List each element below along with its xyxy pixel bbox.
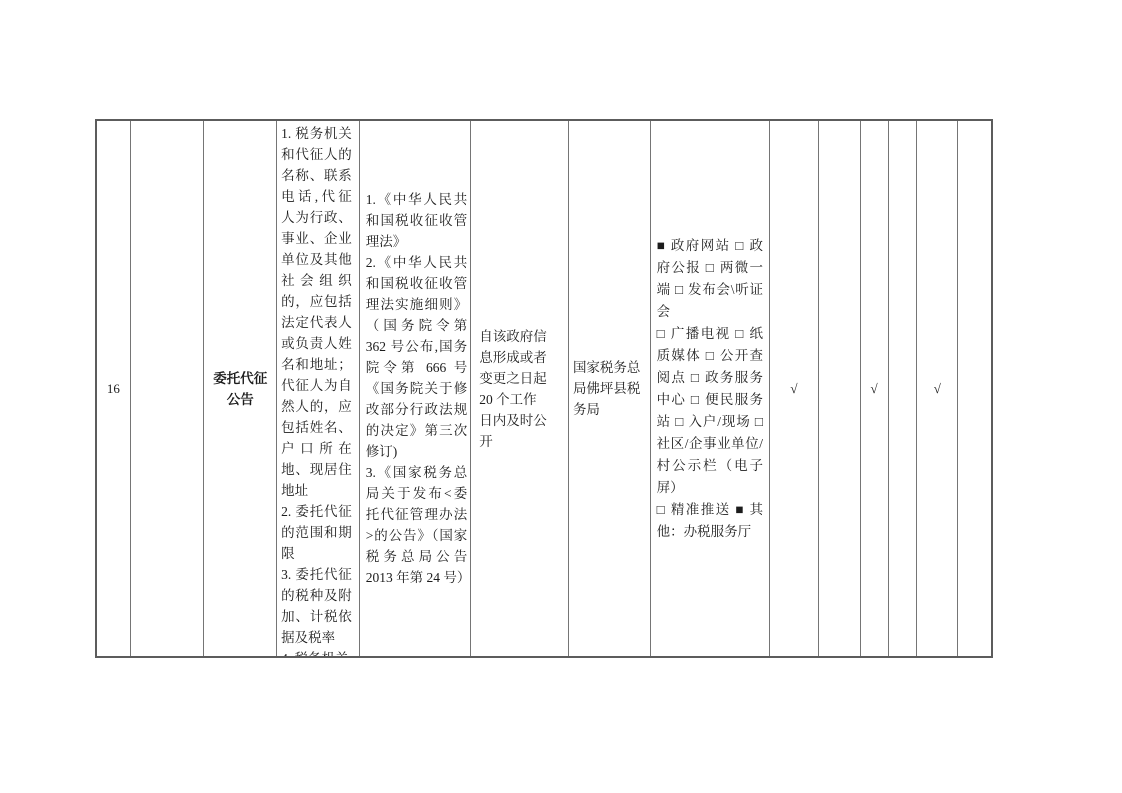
disclosure-channels-text: ■ 政府网站 □ 政府公报 □ 两微一端 □ 发布会\听证会 □ 广播电视 □ …: [657, 235, 763, 543]
checkmark-icon: √: [861, 378, 888, 399]
cell-legal-basis: 1.《中华人民共和国税收征收管理法》 2.《中华人民共和国税收征收管理法实施细则…: [359, 121, 471, 656]
cell-sequence-number: 16: [97, 121, 130, 656]
cell-mark-6: [957, 121, 991, 656]
cell-time-limit: 自该政府信息形成或者变更之日起 20 个工作日内及时公开: [470, 121, 568, 656]
checkmark-icon: √: [917, 378, 957, 399]
cell-disclosure-content: 1. 税务机关和代征人的名称、联系电话,代征人为行政、事业、企业单位及其他社会组…: [276, 121, 359, 656]
cell-mark-4: [888, 121, 917, 656]
cell-mark-5: √: [916, 121, 957, 656]
disclosure-content-text: 1. 税务机关和代征人的名称、联系电话,代征人为行政、事业、企业单位及其他社会组…: [281, 123, 352, 656]
responsible-agency-text: 国家税务总局佛坪县税务局: [573, 357, 642, 420]
legal-basis-text: 1.《中华人民共和国税收征收管理法》 2.《中华人民共和国税收征收管理法实施细则…: [366, 189, 468, 588]
cell-category-empty: [130, 121, 204, 656]
document-page: 16 委托代征公告 1. 税务机关和代征人的名称、联系电话,代征人为行政、事业、…: [0, 0, 1122, 793]
cell-responsible-agency: 国家税务总局佛坪县税务局: [568, 121, 650, 656]
cell-item-name: 委托代征公告: [203, 121, 276, 656]
sequence-number: 16: [97, 378, 130, 399]
disclosure-table-row-16: 16 委托代征公告 1. 税务机关和代征人的名称、联系电话,代征人为行政、事业、…: [95, 119, 993, 658]
item-name: 委托代征公告: [204, 368, 276, 410]
checkmark-icon: √: [770, 378, 818, 399]
cell-mark-3: √: [860, 121, 888, 656]
cell-mark-2: [818, 121, 860, 656]
cell-mark-1: √: [769, 121, 818, 656]
time-limit-text: 自该政府信息形成或者变更之日起 20 个工作日内及时公开: [479, 326, 549, 452]
cell-disclosure-channels: ■ 政府网站 □ 政府公报 □ 两微一端 □ 发布会\听证会 □ 广播电视 □ …: [650, 121, 769, 656]
